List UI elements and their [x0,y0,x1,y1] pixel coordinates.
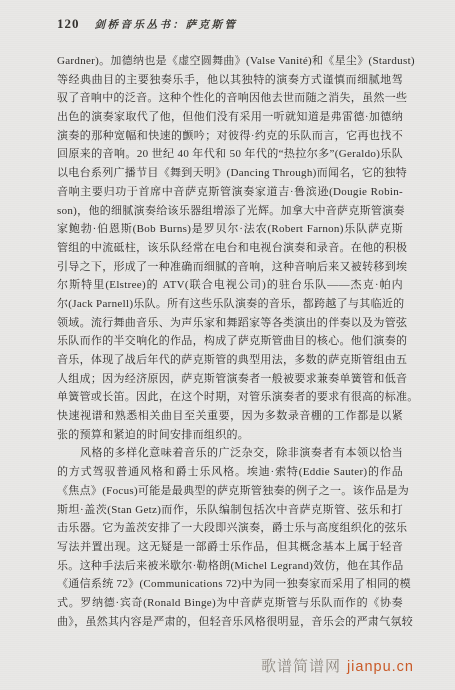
text-line: 家鲍勃·伯恩斯(Bob Burns)是罗贝尔·法农(Robert Farnon)… [57,220,403,239]
text-line: 音乐，体现了战后年代的萨克斯管的典型用法，多数的萨克斯管组由五 [57,351,403,370]
text-line: 乐。这种手法后来被米歇尔·勒格朗(Michel Legrand)效仿，他在其作品 [57,557,403,576]
site-name: 歌谱简谱网 [261,659,341,675]
site-url: jianpu.cn [347,659,414,675]
text-line: 《焦点》(Focus)可能是最典型的萨克斯管独奏的例子之一。该作品是为 [57,482,403,501]
text-line: son)，他的细腻演奏给该乐器组增添了光辉。加拿大中音萨克斯管演奏 [57,202,403,221]
scanned-book-page: 120 剑桥音乐丛书：萨克斯管 Gardner)。加德纳也是《虚空圆舞曲》(Va… [0,0,455,690]
text-line: 管组的中流砥柱，该乐队经常在电台和电视台演奏和录音。在他的积极 [57,239,403,258]
text-line: 音响主要归功于首席中音萨克斯管演奏家道吉·鲁滨逊(Dougie Robin- [57,183,403,202]
running-head: 120 剑桥音乐丛书：萨克斯管 [57,16,238,32]
text-line: 以电台系列广播节目《舞到天明》(Dancing Through)而闻名，它的独特 [57,164,403,183]
text-line: 回原来的音响。20 世纪 40 年代和 50 年代的“热拉尔多”(Geraldo… [57,145,403,164]
text-line: 击乐器。它为盖茨安排了一大段即兴演奏，爵士乐与高度组织化的弦乐 [57,519,403,538]
text-line: 驭了音响中的泛音。这种个性化的音响因他去世而随之消失，虽然一些 [57,89,403,108]
book-title: 剑桥音乐丛书：萨克斯管 [95,17,238,32]
page-number: 120 [57,16,80,32]
text-line: 人组成；因为经济原因，萨克斯管演奏者一般被要求兼奏单簧管和低音 [57,370,403,389]
text-line: Gardner)。加德纳也是《虚空圆舞曲》(Valse Vanité)和《星尘》… [57,52,403,71]
text-line: 快速视谱和熟悉相关曲目至关重要，因为多数录音棚的工作都是以紧 [57,407,403,426]
text-line: 式。罗纳德·宾奇(Ronald Binge)为中音萨克斯管与乐队而作的《协奏 [57,594,403,613]
body-text: Gardner)。加德纳也是《虚空圆舞曲》(Valse Vanité)和《星尘》… [57,52,403,631]
text-line: 引导之下，形成了一种准确而细腻的音响，这种音响后来又被转移到埃 [57,258,403,277]
text-line: 曲》，虽然其内容是严肃的，但轻音乐风格很明显，音乐会的严肃气氛较 [57,613,403,632]
text-line: 尔(Jack Parnell)乐队。所有这些乐队演奏的音乐，都跨越了与其临近的 [57,295,403,314]
text-line: 《通信系统 72》(Communications 72)中为同一独奏家而采用了相… [57,575,403,594]
text-line: 单簧管或长笛。因此，在这个时期，对管乐演奏者的要求有很高的标准。 [57,388,403,407]
text-line: 等经典曲目的主要独奏乐手，他以其独特的演奏方式谨慎而细腻地驾 [57,71,403,90]
text-line-paragraph-start: 风格的多样化意味着音乐的广泛杂交，除非演奏者有本领以恰当 [57,444,403,463]
site-watermark: 歌谱简谱网jianpu.cn [261,655,414,676]
text-line: 出色的演奏家取代了他，但他们没有采用一听就知道是弗雷德·加德纳 [57,108,403,127]
text-line: 的方式驾驭普通风格和爵士乐风格。埃迪·索特(Eddie Sauter)的作品 [57,463,403,482]
text-line: 写法并置出现。这无疑是一部爵士乐作品，但其概念基本上属于轻音 [57,538,403,557]
text-line: 乐队而作的半交响化的作品，构成了萨克斯管曲目的核心。他们演奏的 [57,332,403,351]
text-line: 张的预算和紧迫的时间安排而组织的。 [57,426,403,445]
text-line: 尔斯特里(Elstree)的 ATV(联合电视公司)的驻台乐队——杰克·帕内 [57,276,403,295]
text-line: 领域。流行舞曲音乐、为声乐家和舞蹈家等各类演出的伴奏以及为管弦 [57,314,403,333]
text-line: 演奏的那种宽幅和快速的颤吟；对彼得·约克的乐队而言，它再也找不 [57,127,403,146]
text-line: 斯坦·盖茨(Stan Getz)而作，乐队编制包括次中音萨克斯管、弦乐和打 [57,501,403,520]
